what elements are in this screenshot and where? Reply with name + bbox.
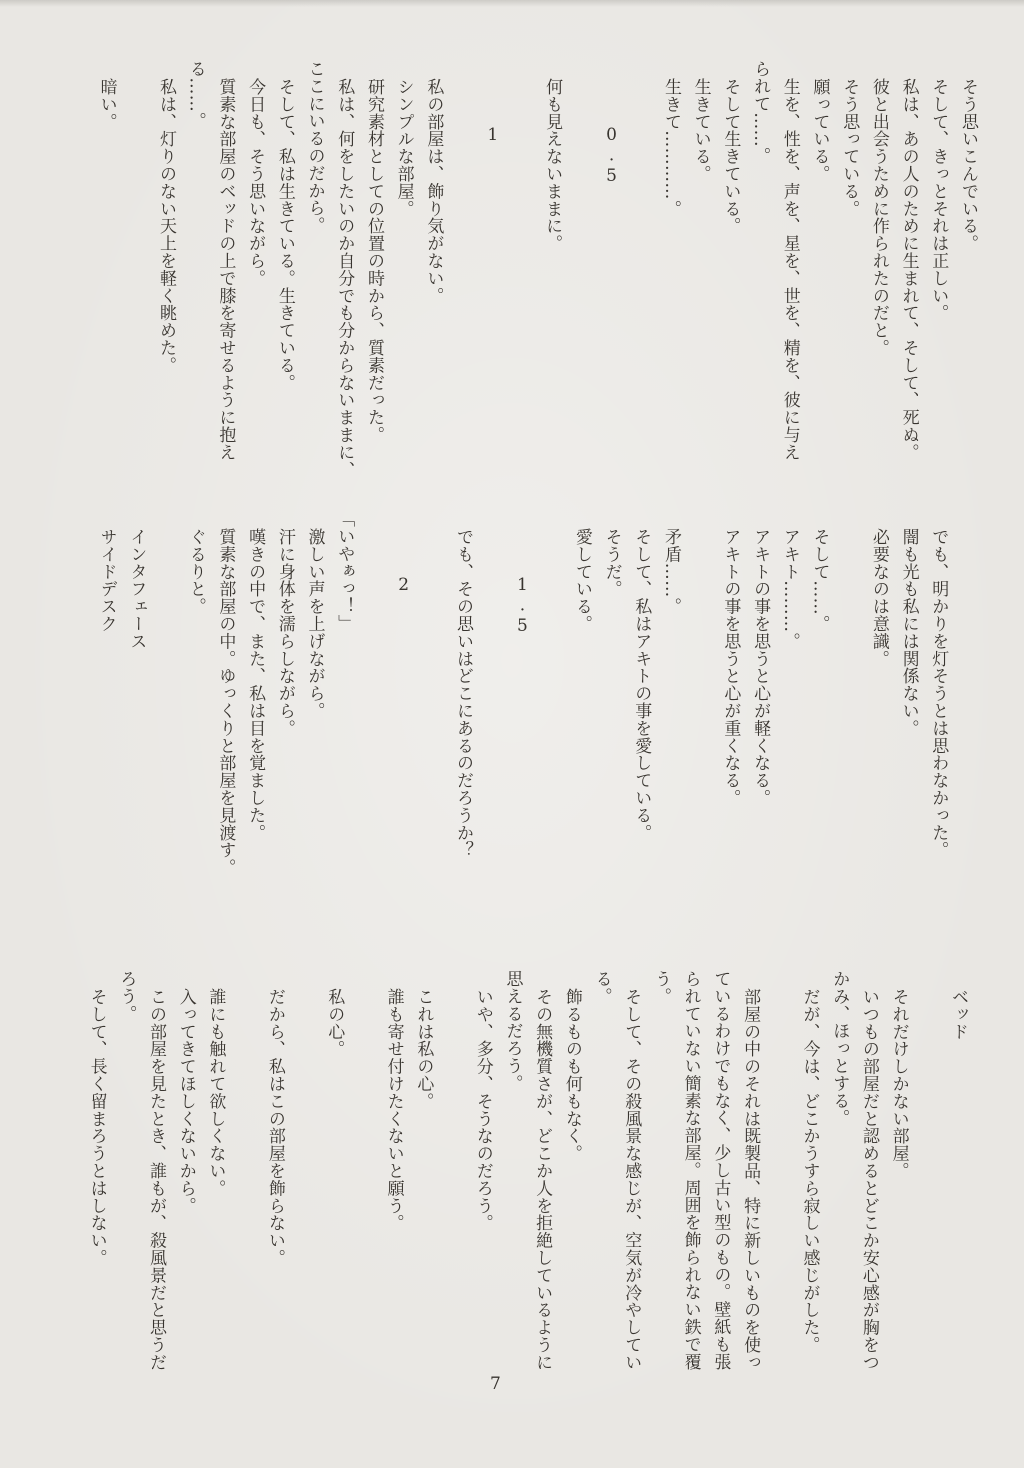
section-number-heading: 2 [388,510,418,912]
text-column: 闇も光も私には関係ない。 [893,510,923,912]
text-column: だが、今は、どこかうすら寂しい感じがした。 [794,970,824,1372]
blank-line [833,510,863,912]
text-column: 私は、あの人のために生まれて、そして、死ぬ。 [893,60,923,462]
blank-line [229,970,259,1372]
text-column: そして、その殺風景な感じが、空気が冷やしてい [616,970,646,1372]
text-column: そう思っている。 [833,60,863,462]
text-column: る。 [586,970,616,1372]
text-column: 入ってきてほしくないから。 [170,970,200,1372]
text-column: 彼と出会うために作られたのだと。 [863,60,893,462]
section-number-heading: 0.5 [596,60,626,462]
text-column: そして、きっとそれは正しい。 [923,60,953,462]
text-column: いや、多分、そうなのだろう。 [467,970,497,1372]
text-column: 「いやぁっ！」 [329,510,359,912]
page-number: 7 [490,1374,502,1394]
text-column: アキトの事を思うと心が重くなる。 [715,510,745,912]
text-column: ているわけでもなく、少し古い型のもの。壁紙も張 [705,970,735,1372]
blank-line [477,510,507,912]
text-column: 必要なのは意識。 [863,510,893,912]
text-column: 願っている。 [804,60,834,462]
text-column: そして生きている。 [715,60,745,462]
text-column: 生を、性を、声を、星を、世を、精を、彼に与え [774,60,804,462]
blank-line [952,510,982,912]
text-column: ろう。 [111,970,141,1372]
text-column: でも、その思いはどこにあるのだろうか？ [447,510,477,912]
text-column: ベッド [942,970,972,1372]
section-number-heading: 1.5 [507,510,537,912]
text-column: いつもの部屋だと認めるとどこか安心感が胸をつ [853,970,883,1372]
blank-line [536,510,566,912]
text-column: それだけしかない部屋。 [883,970,913,1372]
blank-line [626,60,656,462]
text-column: かみ、ほっとする。 [823,970,853,1372]
blank-line [150,510,180,912]
text-column: 私は、灯りのない天上を軽く眺めた。 [150,60,180,462]
text-column: る……。 [180,60,210,462]
blank-line [437,970,467,1372]
text-column: 生きて…………。 [655,60,685,462]
text-column: そう思いこんでいる。 [952,60,982,462]
blank-line [121,60,151,462]
text-column: 汗に身体を濡らしながら。 [269,510,299,912]
text-column: う。 [645,970,675,1372]
text-column: シンプルな部屋。 [388,60,418,462]
text-column: サイドデスク [91,510,121,912]
text-column: 飾るものも何もなく。 [556,970,586,1372]
text-tier-middle: でも、明かりを灯そうとは思わなかった。闇も光も私には関係ない。必要なのは意識。 … [91,510,982,912]
text-column: これは私の心。 [408,970,438,1372]
text-column: ここにいるのだから。 [299,60,329,462]
text-column: そうだ。 [596,510,626,912]
section-number-heading: 1 [477,60,507,462]
text-column: そして、私は生きている。生きている。 [269,60,299,462]
text-column: 私は、何をしたいのか自分でも分からないままに、 [329,60,359,462]
text-column: この部屋を見たとき、誰もが、殺風景だと思うだ [140,970,170,1372]
text-column: 愛している。 [566,510,596,912]
text-column: 何も見えないままに。 [536,60,566,462]
text-column: 質素な部屋のベッドの上で膝を寄せるように抱え [210,60,240,462]
text-column: 今日も、そう思いながら。 [239,60,269,462]
text-tier-bottom: ベッド それだけしかない部屋。いつもの部屋だと認めるとどこか安心感が胸をつかみ、… [81,970,972,1372]
text-column: インタフェース [121,510,151,912]
text-tier-top: そう思いこんでいる。そして、きっとそれは正しい。私は、あの人のために生まれて、そ… [91,60,982,462]
text-column: その無機質さが、どこか人を拒絶しているように [526,970,556,1372]
text-column: そして、私はアキトの事を愛している。 [626,510,656,912]
text-column: 生きている。 [685,60,715,462]
text-column: 矛盾……。 [655,510,685,912]
text-column: でも、明かりを灯そうとは思わなかった。 [923,510,953,912]
blank-line [348,970,378,1372]
text-column: 暗い。 [91,60,121,462]
text-column: 誰にも触れて欲しくない。 [200,970,230,1372]
text-column: そして……。 [804,510,834,912]
text-column: 私の心。 [319,970,349,1372]
blank-line [358,510,388,912]
blank-line [685,510,715,912]
text-column: 激しい声を上げながら。 [299,510,329,912]
blank-line [764,970,794,1372]
text-column: 私の部屋は、飾り気がない。 [418,60,448,462]
text-column: そして、長く留まろうとはしない。 [81,970,111,1372]
text-column: アキトの事を思うと心が軽くなる。 [744,510,774,912]
blank-line [289,970,319,1372]
text-column: 部屋の中のそれは既製品、特に新しいものを使っ [734,970,764,1372]
text-column: ぐるりと。 [180,510,210,912]
text-column: アキト………。 [774,510,804,912]
text-column: られて……。 [744,60,774,462]
text-column: られていない簡素な部屋。周囲を飾られない鉄で覆 [675,970,705,1372]
text-column: 誰も寄せ付けたくないと願う。 [378,970,408,1372]
blank-line [447,60,477,462]
blank-line [566,60,596,462]
blank-line [507,60,537,462]
text-column: 嘆きの中で、また、私は目を覚ました。 [239,510,269,912]
text-column: だから、私はこの部屋を飾らない。 [259,970,289,1372]
text-column: 思えるだろう。 [497,970,527,1372]
text-column: 質素な部屋の中。ゆっくりと部屋を見渡す。 [210,510,240,912]
blank-line [418,510,448,912]
blank-line [913,970,943,1372]
text-column: 研究素材としての位置の時から、質素だった。 [358,60,388,462]
scanned-novel-page: そう思いこんでいる。そして、きっとそれは正しい。私は、あの人のために生まれて、そ… [0,0,1024,1468]
